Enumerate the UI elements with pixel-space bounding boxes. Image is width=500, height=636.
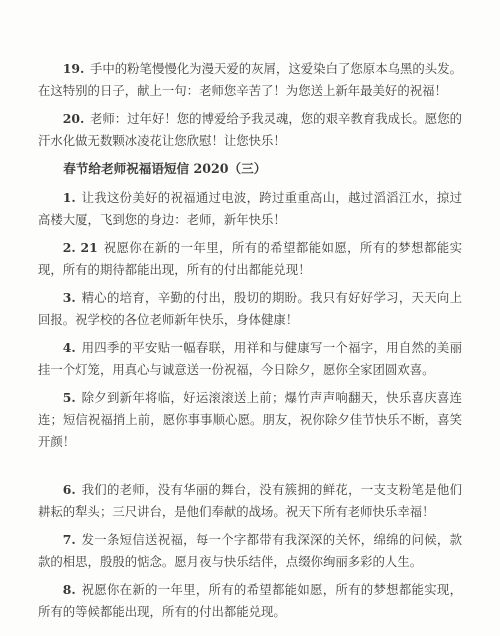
paragraph-4: 4.用四季的平安贴一幅春联，用祥和与健康写一个福字，用自然的美丽挂一个灯笼，用真… [38,337,462,381]
document-page: 19.手中的粉笔慢慢化为漫天爱的灰屑，这爱染白了您原本乌黑的头发。在这特别的日子… [0,0,500,636]
paragraph-number: 1. [63,190,76,205]
paragraph-2: 2. 21祝愿你在新的一年里，所有的希望都能如愿，所有的梦想都能实现，所有的期待… [38,237,462,281]
paragraph-number: 6. [63,482,76,497]
paragraph-8: 8.祝愿你在新的一年里，所有的希望都能如愿，所有的梦想都能实现，所有的等候都能出… [38,579,462,623]
paragraph-number: 19. [63,61,85,76]
paragraph-text: 精心的培育，辛勤的付出，殷切的期盼。我只有好好学习，天天向上回报。祝学校的各位老… [38,290,462,327]
paragraph-number: 5. [63,390,76,405]
paragraph-3: 3.精心的培育，辛勤的付出，殷切的期盼。我只有好好学习，天天向上回报。祝学校的各… [38,287,462,331]
paragraph-text: 让我这份美好的祝福通过电波，跨过重重高山，越过滔滔江水，掠过高楼大厦，飞到您的身… [38,190,462,227]
paragraph-5: 5.除夕到新年将临，好运滚滚送上前；爆竹声声响翻天，快乐喜庆喜连连；短信祝福捎上… [38,387,462,453]
paragraph-6: 6.我们的老师，没有华丽的舞台，没有簇拥的鲜花，一支支粉笔是他们耕耘的犁头；三尺… [38,479,462,523]
paragraph-7: 7.发一条短信送祝福，每一个字都带有我深深的关怀，绵绵的问候，款款的相思，殷殷的… [38,529,462,573]
paragraph-text: 用四季的平安贴一幅春联，用祥和与健康写一个福字，用自然的美丽挂一个灯笼，用真心与… [38,340,462,377]
paragraph-number: 4. [63,340,76,355]
paragraph-number: 8. [63,582,76,597]
paragraph-number: 20. [63,111,85,126]
paragraph-text: 我们的老师，没有华丽的舞台，没有簇拥的鲜花，一支支粉笔是他们耕耘的犁头；三尺讲台… [38,482,462,519]
paragraph-number: 7. [63,532,76,547]
paragraph-20: 20.老师：过年好！您的博爱给予我灵魂，您的艰辛教育我成长。愿您的汗水化做无数颗… [38,108,462,152]
paragraph-number: 3. [63,290,76,305]
paragraph-text: 老师：过年好！您的博爱给予我灵魂，您的艰辛教育我成长。愿您的汗水化做无数颗冰凌花… [38,111,462,148]
paragraph-text: 祝愿你在新的一年里，所有的希望都能如愿，所有的梦想都能实现，所有的等候都能出现，… [38,582,462,619]
paragraph-number: 2. 21 [63,240,98,255]
paragraph-1: 1.让我这份美好的祝福通过电波，跨过重重高山，越过滔滔江水，掠过高楼大厦，飞到您… [38,187,462,231]
paragraph-text: 手中的粉笔慢慢化为漫天爱的灰屑，这爱染白了您原本乌黑的头发。在这特别的日子，献上… [38,61,462,98]
paragraph-text: 发一条短信送祝福，每一个字都带有我深深的关怀，绵绵的问候，款款的相思，殷殷的惦念… [38,532,462,569]
paragraph-19: 19.手中的粉笔慢慢化为漫天爱的灰屑，这爱染白了您原本乌黑的头发。在这特别的日子… [38,58,462,102]
paragraph-text: 除夕到新年将临，好运滚滚送上前；爆竹声声响翻天，快乐喜庆喜连连；短信祝福捎上前，… [38,390,462,449]
paragraph-text: 祝愿你在新的一年里，所有的希望都能如愿，所有的梦想都能实现，所有的期待都能出现，… [38,240,462,277]
section-heading: 春节给老师祝福语短信 2020（三） [38,158,462,180]
